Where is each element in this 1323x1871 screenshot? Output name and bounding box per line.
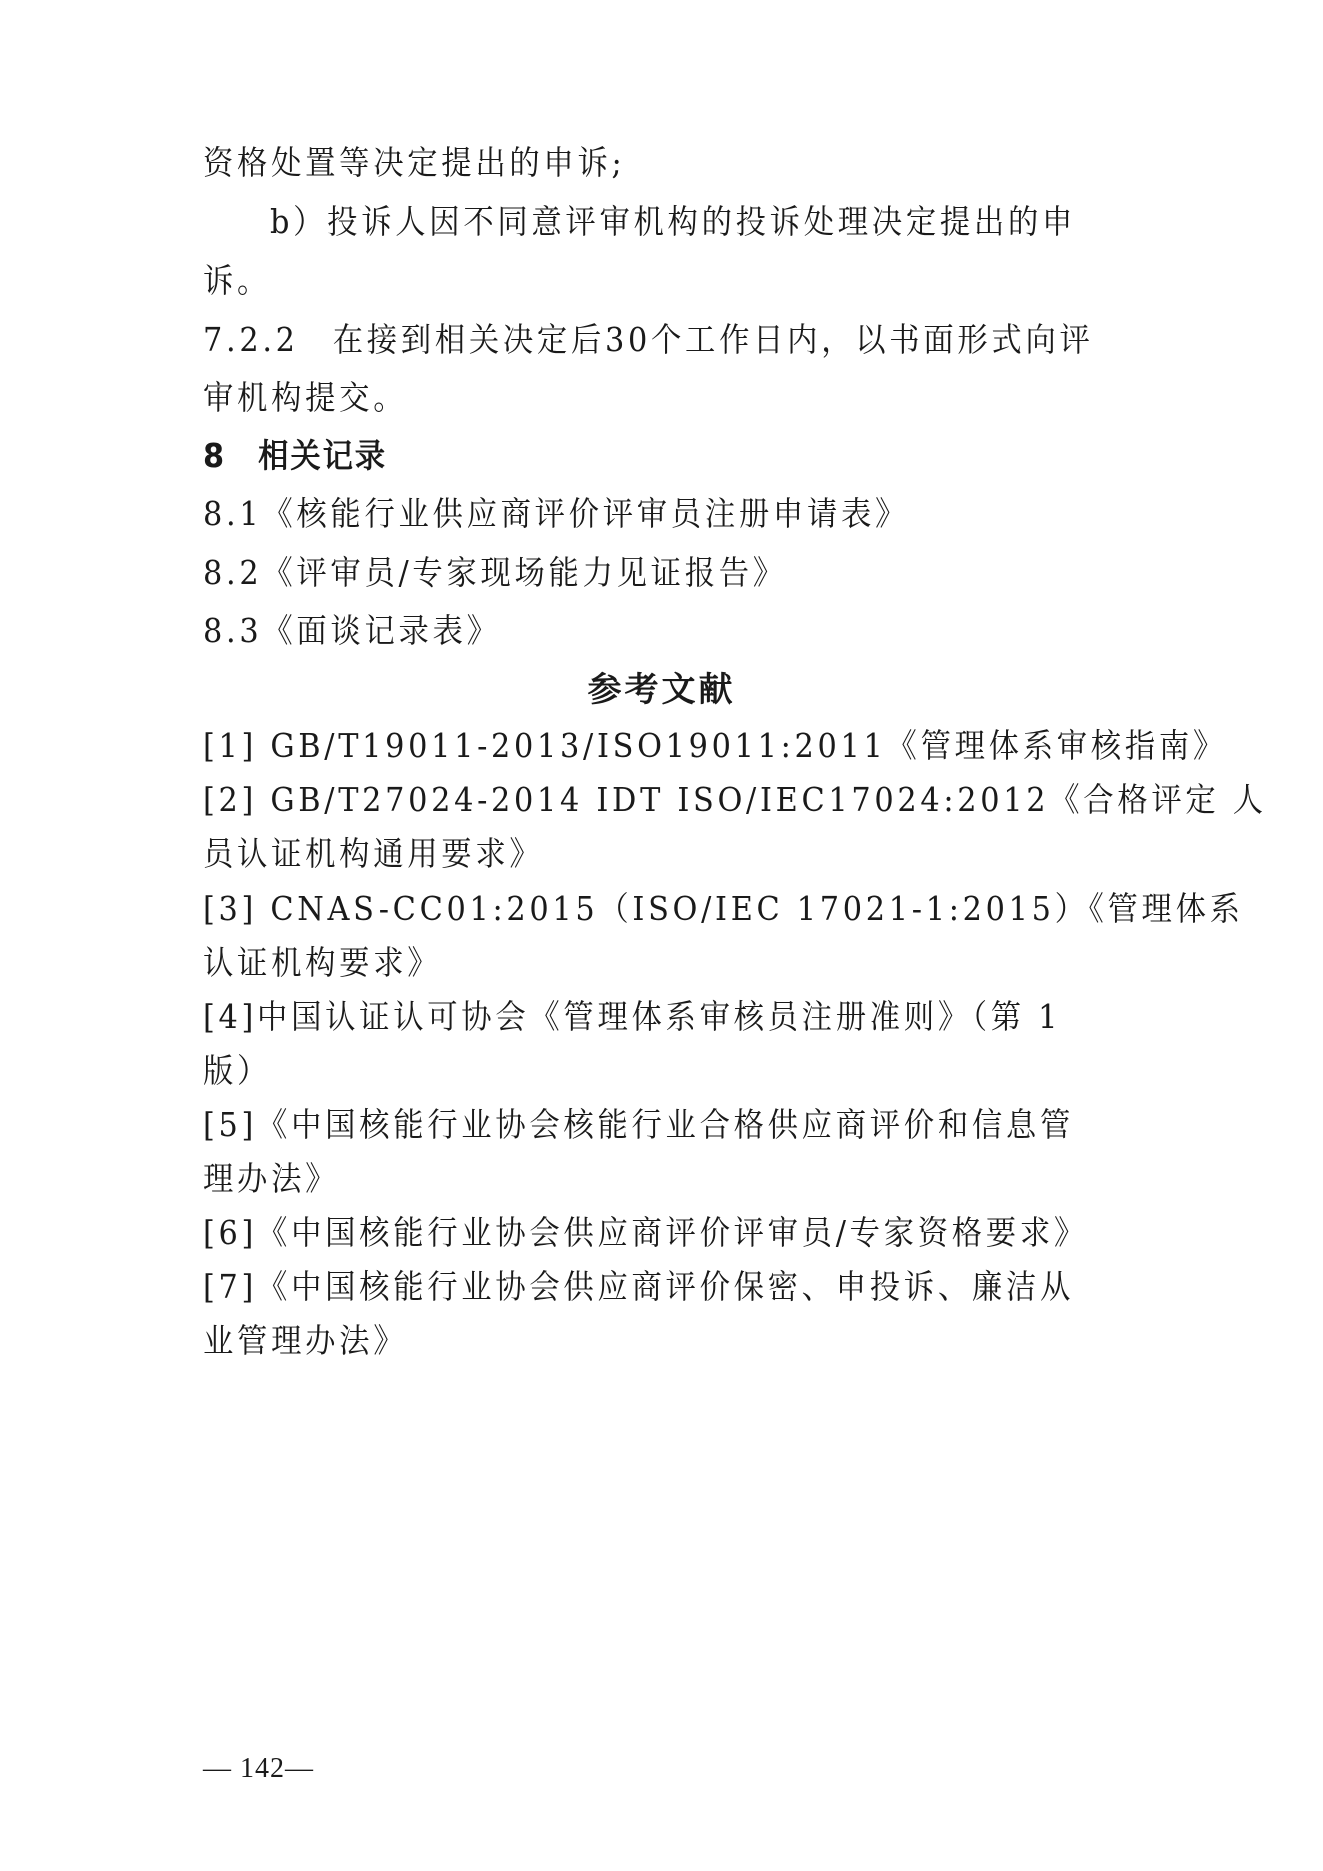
- record-item-8-3: 8.3《面谈记录表》: [203, 611, 501, 651]
- record-item-8-2: 8.2《评审员/专家现场能力见证报告》: [203, 553, 787, 593]
- reference-line: [3] CNAS-CC01:2015（ISO/IEC 17021-1:2015）…: [203, 889, 1244, 929]
- reference-line: [2] GB/T27024-2014 IDT ISO/IEC17024:2012…: [203, 780, 1267, 820]
- record-item-8-1: 8.1《核能行业供应商评价评审员注册申请表》: [203, 494, 909, 534]
- page-number: — 142—: [203, 1752, 314, 1786]
- reference-line: 员认证机构通用要求》: [203, 834, 543, 874]
- reference-line: 版）: [203, 1051, 271, 1091]
- reference-line: [6]《中国核能行业协会供应商评价评审员/专家资格要求》: [203, 1213, 1088, 1253]
- references-title: 参考文献: [0, 670, 1323, 710]
- clause-7-2-2: 7.2.2 在接到相关决定后30个工作日内，以书面形式向评: [203, 320, 1094, 360]
- reference-line: 认证机构要求》: [203, 943, 441, 983]
- reference-line: 理办法》: [203, 1159, 339, 1199]
- paragraph-line: 资格处置等决定提出的申诉;: [203, 143, 625, 183]
- document-page: 资格处置等决定提出的申诉; b）投诉人因不同意评审机构的投诉处理决定提出的申 诉…: [0, 0, 1323, 1871]
- reference-line: [4]中国认证认可协会《管理体系审核员注册准则》（第 1: [203, 997, 1061, 1037]
- reference-line: 业管理办法》: [203, 1321, 407, 1361]
- clause-7-2-2-continuation: 审机构提交。: [203, 378, 407, 418]
- list-item-b: b）投诉人因不同意评审机构的投诉处理决定提出的申: [270, 202, 1076, 242]
- reference-line: [5]《中国核能行业协会核能行业合格供应商评价和信息管: [203, 1105, 1074, 1145]
- reference-line: [7]《中国核能行业协会供应商评价保密、申投诉、廉洁从: [203, 1267, 1074, 1307]
- section-heading-8: 8 相关记录: [203, 436, 387, 476]
- list-item-b-continuation: 诉。: [203, 261, 271, 301]
- reference-line: [1] GB/T19011-2013/ISO19011:2011《管理体系审核指…: [203, 726, 1227, 766]
